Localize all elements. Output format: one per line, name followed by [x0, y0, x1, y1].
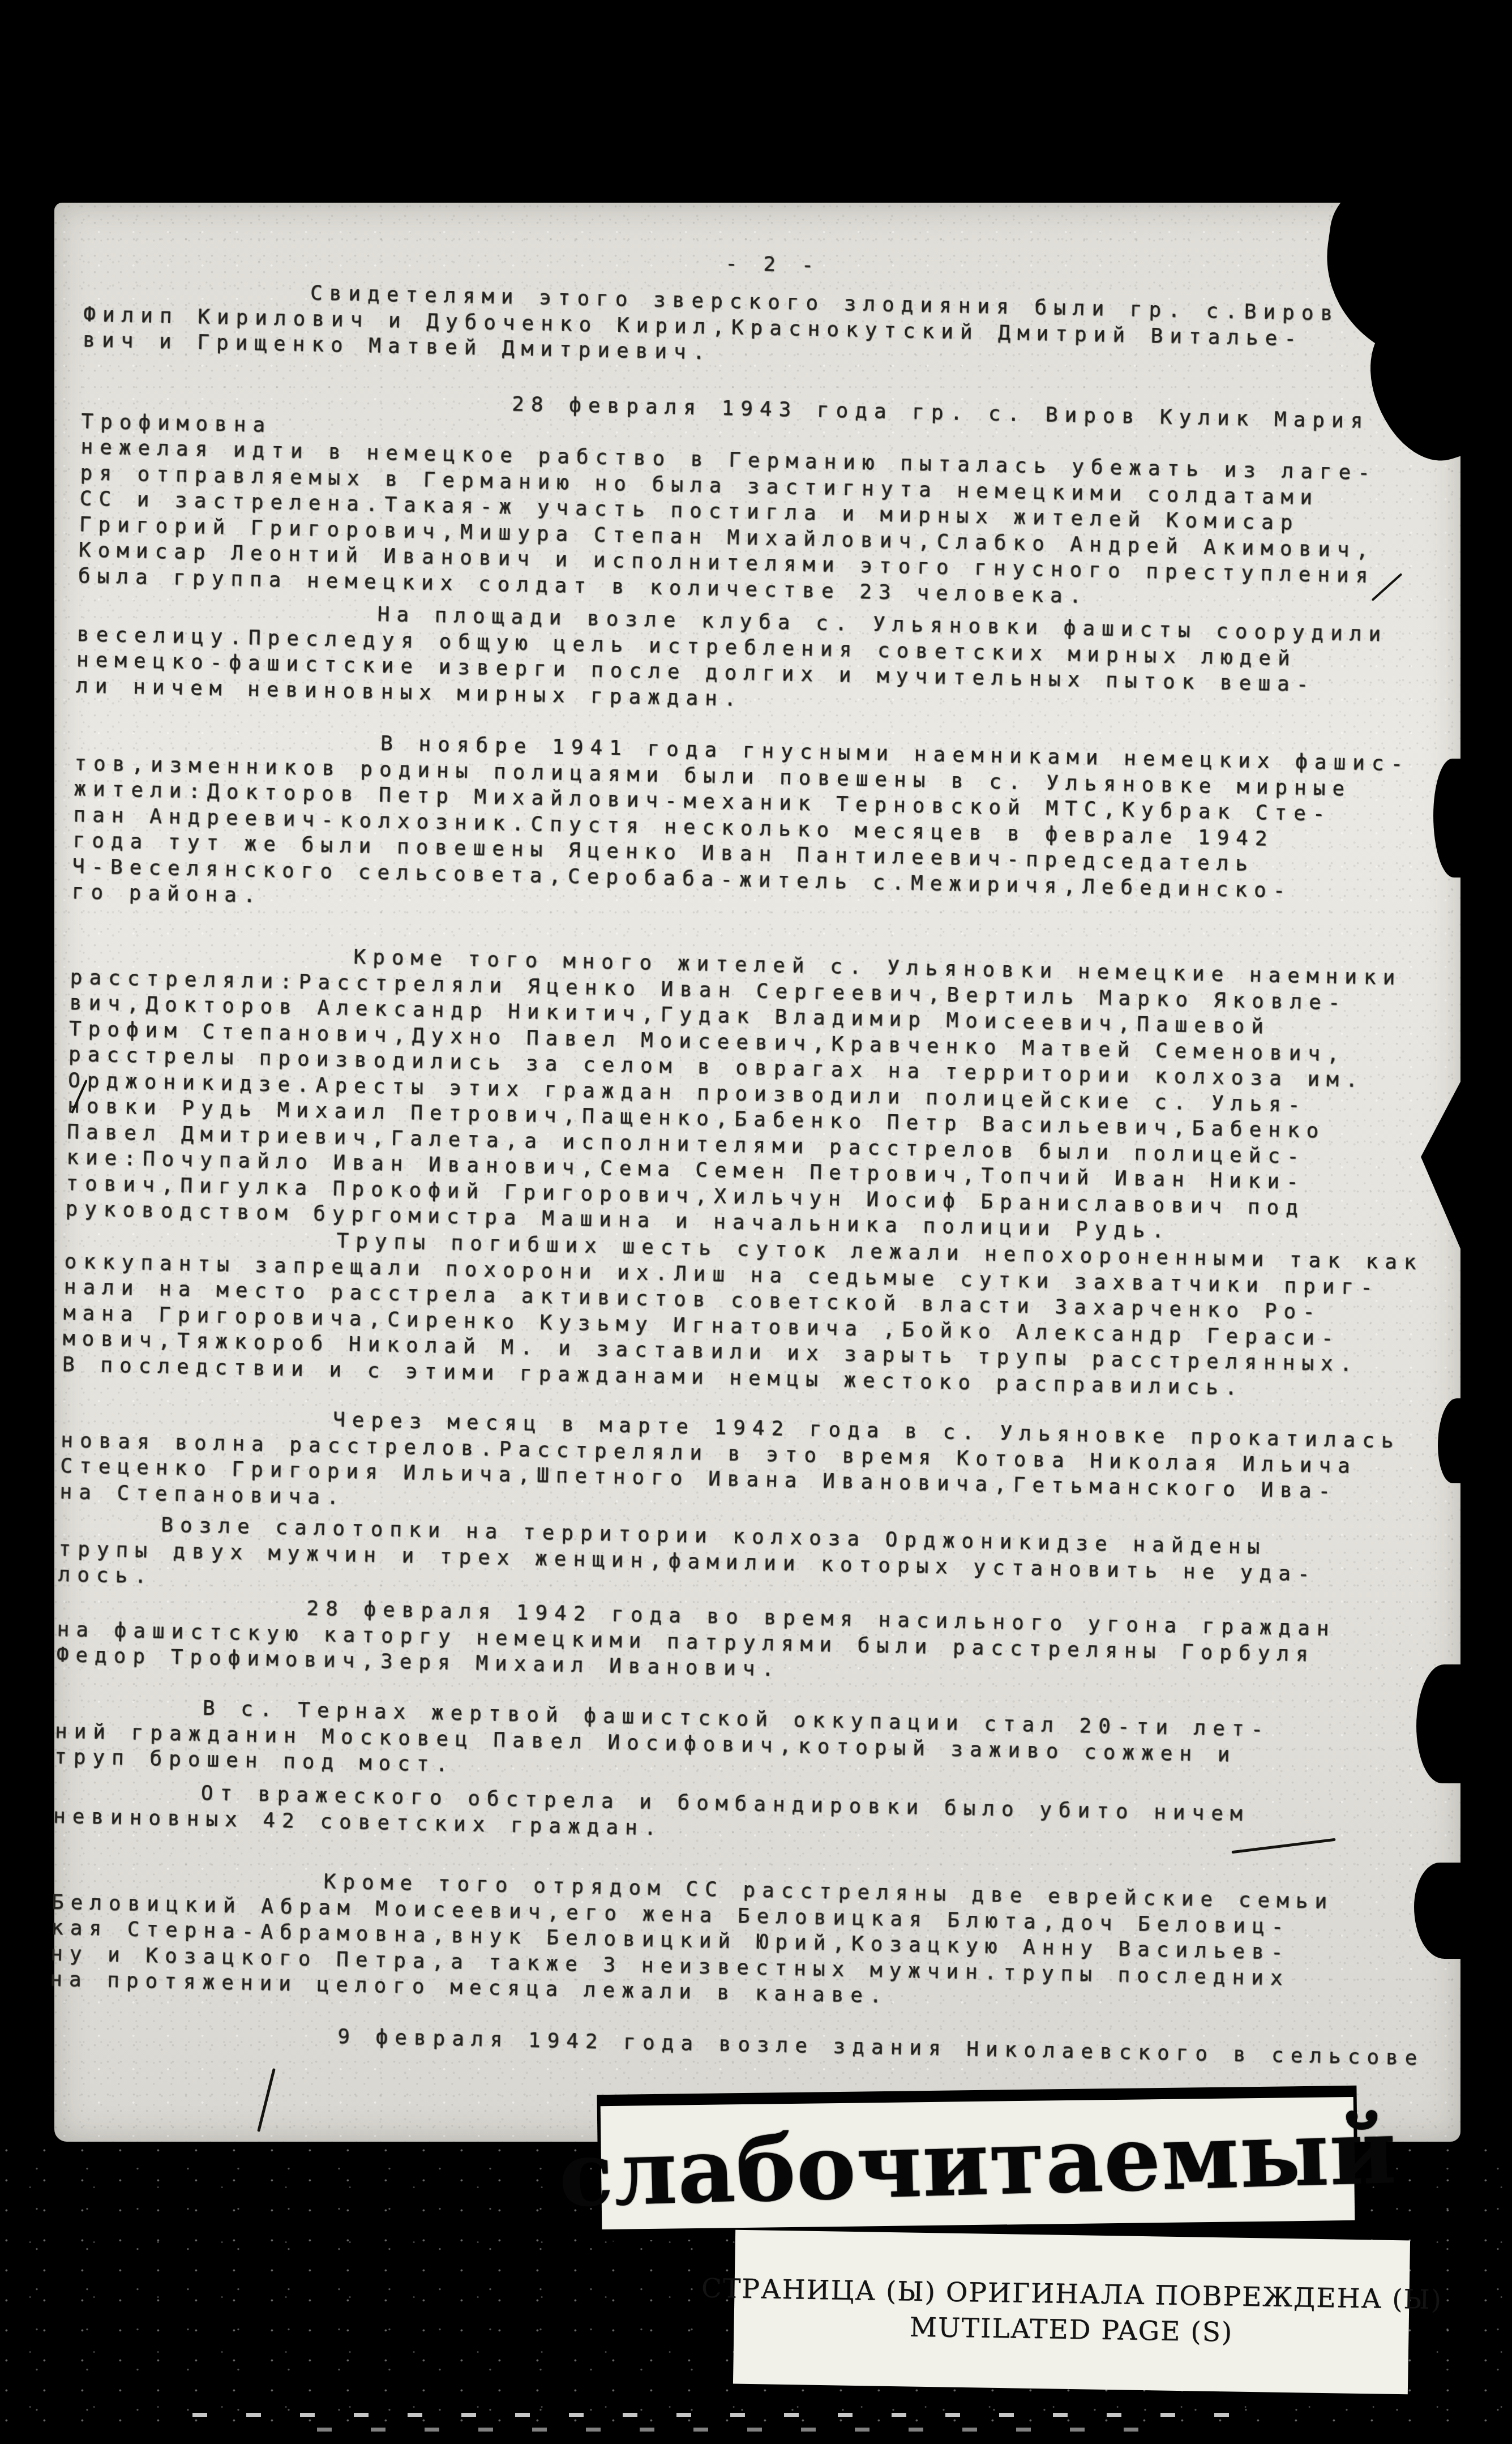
typed-text-layer: - 2 - Свидетелями этого зверского злодия… [46, 238, 1461, 2178]
scanner-fleck-row [192, 2413, 1257, 2417]
typed-paragraph: Через месяц в марте 1942 года в с. Ульян… [59, 1402, 1438, 1533]
scanner-fleck-row [317, 2428, 1166, 2432]
notice-line-english: MUTILATED PAGE (S) [909, 2312, 1233, 2348]
torn-edge-fragment [1433, 759, 1473, 878]
typed-paragraph: Трупы погибших шесть суток лежали непохо… [62, 1223, 1442, 1405]
typed-paragraph: 9 февраля 1942 года возле здания Николае… [49, 2018, 1425, 2071]
illegibility-stamp-slip: слабочитаемый [601, 2097, 1355, 2229]
typed-paragraph: Кроме того много жителей с. Ульяновки не… [65, 939, 1447, 1249]
typed-paragraph: 28 февраля 1943 года гр. с. Виров Кулик … [78, 383, 1459, 617]
typed-paragraph: Кроме того отрядом СС расстреляны две ев… [50, 1863, 1429, 2019]
typed-paragraph: В ноябре 1941 года гнусными наемниками н… [71, 725, 1451, 932]
torn-edge-fragment [1416, 1664, 1470, 1783]
typed-paragraph: Свидетелями этого зверского злодияния бы… [83, 276, 1460, 380]
scanned-document-page: - 2 - Свидетелями этого зверского злодия… [0, 0, 1512, 2444]
mutilated-page-notice-slip: СТРАНИЦА (Ы) ОРИГИНАЛА ПОВРЕЖДЕНА (Ы) MU… [733, 2230, 1410, 2395]
notice-line-russian: СТРАНИЦА (Ы) ОРИГИНАЛА ПОВРЕЖДЕНА (Ы) [701, 2273, 1443, 2316]
illegibility-stamp-text: слабочитаемый [558, 2099, 1398, 2227]
typed-paragraph: На площади возле клуба с. Ульяновки фаши… [76, 596, 1454, 726]
